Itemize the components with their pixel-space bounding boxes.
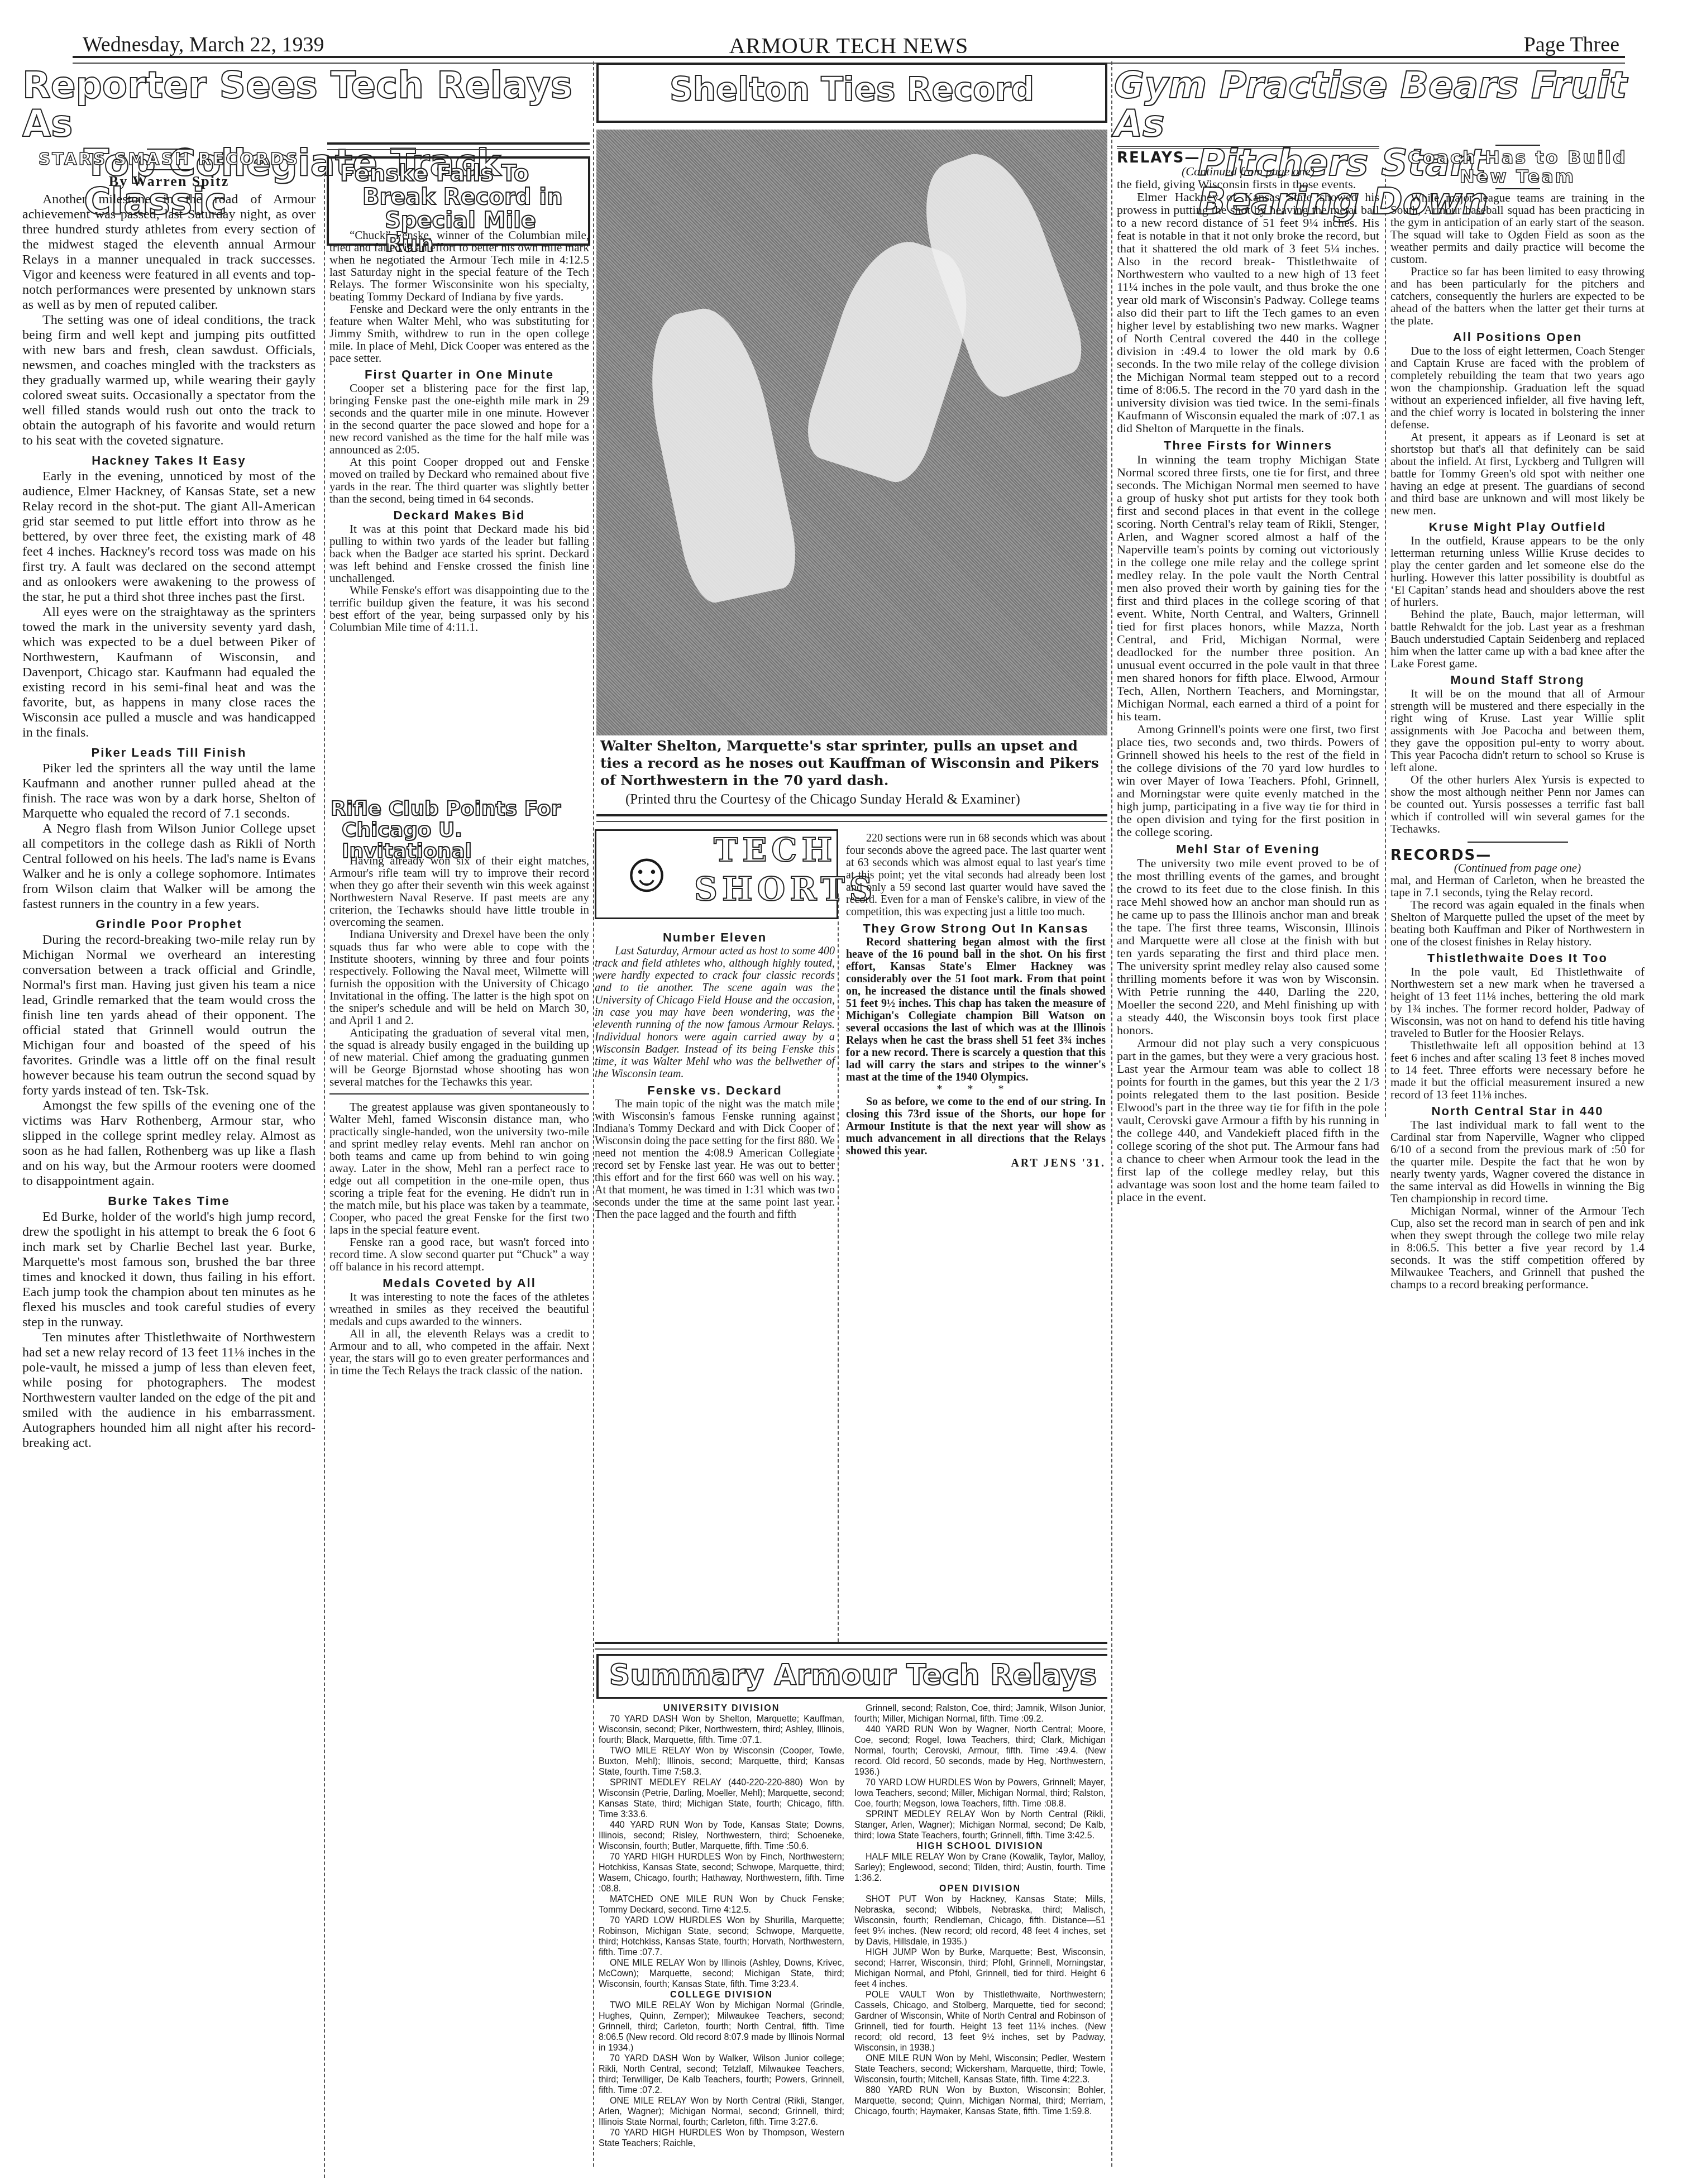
shelton-headline-box: Shelton Ties Record — [596, 63, 1107, 123]
summary-division-heading: HIGH SCHOOL DIVISION — [854, 1841, 1106, 1852]
paragraph: It was interesting to note the faces of … — [329, 1291, 589, 1327]
fenske-article: “Chuck” Fenske, winner of the Columbian … — [329, 229, 589, 633]
rule — [1468, 842, 1568, 843]
rule — [329, 1093, 589, 1095]
subheading: Medals Coveted by All — [329, 1277, 589, 1289]
summary-event-result: TWO MILE RELAY Won by Wisconsin (Cooper,… — [599, 1746, 844, 1777]
summary-event-result: 70 YARD DASH Won by Shelton, Marquette; … — [599, 1714, 844, 1746]
relays-continued: RELAYS— (Continued from page one) the fi… — [1117, 146, 1379, 1203]
coach-headline-line1: Coach Has to Build — [1390, 148, 1645, 167]
column-divider — [838, 893, 839, 1642]
paragraph: Record shattering began almost with the … — [846, 936, 1106, 1083]
summary-event-result: SHOT PUT Won by Hackney, Kansas State; M… — [854, 1894, 1106, 1947]
paragraph: Thistlethwaite left all opposition behin… — [1390, 1039, 1645, 1101]
column-divider — [324, 168, 325, 2178]
paragraph: mal, and Herman of Carleton, when he bre… — [1390, 874, 1645, 899]
paragraph: Due to the loss of eight lettermen, Coac… — [1390, 345, 1645, 431]
signature: ART JENS '31. — [846, 1157, 1106, 1169]
paragraph: A Negro flash from Wilson Junior College… — [22, 821, 316, 912]
subheading: Mound Staff Strong — [1390, 674, 1645, 686]
paragraph: Among Grinnell's points were one first, … — [1117, 723, 1379, 838]
summary-event-result: Grinnell, second; Ralston, Coe, third; J… — [854, 1703, 1106, 1724]
tech-shorts-right: 220 sections were run in 68 seconds whic… — [846, 832, 1106, 1169]
subheading: North Central Star in 440 — [1390, 1105, 1645, 1117]
tech-shorts-logo: ☺ TECH SHORTS — [595, 829, 838, 919]
paragraph: All eyes were on the straightaway as the… — [22, 605, 316, 740]
paragraph: Piker led the sprinters all the way unti… — [22, 761, 316, 821]
section-break: * * * — [846, 1083, 1106, 1096]
paragraph: Fenske and Deckard were the only entrant… — [329, 303, 589, 364]
subheading: First Quarter in One Minute — [329, 369, 589, 381]
paragraph: “Chuck” Fenske, winner of the Columbian … — [329, 229, 589, 303]
subheading: Piker Leads Till Finish — [22, 745, 316, 760]
paragraph: It will be on the mound that all of Armo… — [1390, 687, 1645, 773]
paragraph: At present, it appears as if Leonard is … — [1390, 431, 1645, 517]
paragraph: Michigan Normal, winner of the Armour Te… — [1390, 1205, 1645, 1291]
paragraph: While Fenske's effort was disappointing … — [329, 584, 589, 633]
paragraph: Cooper set a blistering pace for the fir… — [329, 382, 589, 456]
summary-event-result: 70 YARD LOW HURDLES Won by Shurilla, Mar… — [599, 1915, 844, 1958]
rule — [595, 1642, 1107, 1650]
coach-headline: Coach Has to Build New Team — [1390, 148, 1645, 186]
summary-event-result: POLE VAULT Won by Thistlethwaite, Northw… — [854, 1990, 1106, 2053]
byline: By Warren Spitz — [22, 174, 316, 189]
column-divider — [593, 61, 594, 2167]
continued-kicker: RECORDS— — [1390, 849, 1645, 862]
paragraph: the field, giving Wisconsin firsts in th… — [1117, 178, 1379, 190]
coach-article: Coach Has to Build New Team While major … — [1390, 142, 1645, 1291]
rule — [327, 142, 590, 150]
subheading: Hackney Takes It Easy — [22, 453, 316, 468]
rule — [1495, 188, 1540, 189]
tech-shorts-title-top: TECH — [714, 831, 837, 869]
subheading: Mehl Star of Evening — [1117, 843, 1379, 856]
paragraph: The university two mile event proved to … — [1117, 857, 1379, 1036]
summary-event-result: 70 YARD DASH Won by Walker, Wilson Junio… — [599, 2053, 844, 2096]
summary-division-heading: OPEN DIVISION — [854, 1884, 1106, 1894]
photo-credit: (Printed thru the Courtesy of the Chicag… — [625, 792, 1106, 807]
shelton-race-photo — [596, 130, 1107, 735]
subheading: Fenske vs. Deckard — [595, 1084, 835, 1097]
stars-article: STARS SMASH RECORDS By Warren Spitz Anot… — [22, 146, 316, 1451]
fenske-headline-line1: Fenske Fails To — [340, 162, 588, 185]
fenske-headline-line2: Break Record in — [340, 185, 588, 209]
paragraph: Indiana University and Drexel have been … — [329, 928, 589, 1026]
paragraph: 220 sections were run in 68 seconds whic… — [846, 832, 1106, 918]
rifle-headline: Rifle Club Points For Chicago U. Invitat… — [331, 799, 590, 862]
summary-event-result: ONE MILE RUN Won by Mehl, Wisconsin; Ped… — [854, 2053, 1106, 2085]
summary-right-column: Grinnell, second; Ralston, Coe, third; J… — [854, 1703, 1106, 2117]
issue-number: Number Eleven — [595, 931, 835, 944]
rifle-headline-line1: Rifle Club Points For — [331, 799, 590, 820]
gym-headline-line1: Gym Practise Bears Fruit As — [1114, 66, 1633, 144]
paragraph: So as before, we come to the end of our … — [846, 1096, 1106, 1157]
rule — [1495, 145, 1540, 146]
paragraph: Armour did not play such a very conspicu… — [1117, 1036, 1379, 1203]
subheading: Grindle Poor Prophet — [22, 916, 316, 931]
cartoon-mascot-icon: ☺ — [608, 837, 686, 909]
continued-note: (Continued from page one) — [1117, 165, 1379, 178]
summary-division-heading: UNIVERSITY DIVISION — [599, 1703, 844, 1714]
summary-event-result: ONE MILE RELAY Won by Illinois (Ashley, … — [599, 1958, 844, 1990]
coach-headline-line2: New Team — [1390, 167, 1645, 186]
column-divider — [1385, 168, 1386, 1117]
tech-shorts-left: Number Eleven Last Saturday, Armour acte… — [595, 927, 835, 1221]
summary-event-result: TWO MILE RELAY Won by Michigan Normal (G… — [599, 2000, 844, 2053]
photo-caption: Walter Shelton, Marquette's star sprinte… — [600, 737, 1106, 789]
summary-left-column: UNIVERSITY DIVISION70 YARD DASH Won by S… — [599, 1703, 844, 2149]
summary-event-result: MATCHED ONE MILE RUN Won by Chuck Fenske… — [599, 1894, 844, 1915]
summary-event-result: 880 YARD RUN Won by Buxton, Wisconsin; B… — [854, 2085, 1106, 2117]
sprinter-figure — [634, 300, 804, 607]
subheading: Burke Takes Time — [22, 1193, 316, 1208]
paragraph: Another milestone in the road of Armour … — [22, 192, 316, 313]
summary-event-result: ONE MILE RELAY Won by North Central (Rik… — [599, 2096, 844, 2128]
summary-event-result: 440 YARD RUN Won by Wagner, North Centra… — [854, 1724, 1106, 1777]
summary-headline: Summary Armour Tech Relays — [599, 1656, 1107, 1691]
paragraph: While major league teams are training in… — [1390, 192, 1645, 265]
paragraph: The greatest applause was given spontane… — [329, 1101, 589, 1236]
subheading: All Positions Open — [1390, 331, 1645, 343]
summary-event-result: 70 YARD LOW HURDLES Won by Powers, Grinn… — [854, 1777, 1106, 1809]
summary-division-heading: COLLEGE DIVISION — [599, 1990, 844, 2000]
summary-event-result: SPRINT MEDLEY RELAY (440-220-220-880) Wo… — [599, 1777, 844, 1820]
subheading: Deckard Makes Bid — [329, 509, 589, 522]
subheading: Kruse Might Play Outfield — [1390, 521, 1645, 533]
subheading: They Grow Strong Out In Kansas — [846, 923, 1106, 935]
paragraph: Early in the evening, unnoticed by most … — [22, 469, 316, 605]
paragraph: The record was again equaled in the fina… — [1390, 899, 1645, 948]
column-divider — [1111, 61, 1112, 2167]
rule — [596, 814, 1107, 822]
paragraph: The setting was one of ideal conditions,… — [22, 313, 316, 448]
main-headline-line1: Reporter Sees Tech Relays As — [22, 66, 592, 144]
rule — [147, 169, 192, 170]
subheading: Thistlethwaite Does It Too — [1390, 952, 1645, 964]
paragraph: In winning the team trophy Michigan Stat… — [1117, 453, 1379, 723]
paragraph: Ten minutes after Thistlethwaite of Nort… — [22, 1330, 316, 1451]
rifle-article: Having already won six of their eight ma… — [329, 854, 589, 1377]
summary-event-result: SPRINT MEDLEY RELAY Won by North Central… — [854, 1809, 1106, 1841]
paragraph: Practice so far has been limited to easy… — [1390, 265, 1645, 327]
paragraph: All in all, the eleventh Relays was a cr… — [329, 1327, 589, 1377]
paragraph: Having already won six of their eight ma… — [329, 854, 589, 928]
summary-event-result: HALF MILE RELAY Won by Crane (Kowalik, T… — [854, 1852, 1106, 1884]
paragraph: Anticipating the graduation of several v… — [329, 1026, 589, 1088]
paragraph: Fenske ran a good race, but wasn't force… — [329, 1236, 589, 1273]
paragraph: Elmer Hackney of Kansas State showed his… — [1117, 190, 1379, 434]
paragraph: Amongst the few spills of the evening on… — [22, 1098, 316, 1189]
summary-event-result: 440 YARD RUN Won by Tode, Kansas State; … — [599, 1820, 844, 1852]
paragraph: Last Saturday, Armour acted as host to s… — [595, 945, 835, 1080]
newspaper-title: ARMOUR TECH NEWS — [73, 32, 1625, 59]
paragraph: Of the other hurlers Alex Yursis is expe… — [1390, 773, 1645, 835]
paragraph: The last individual mark to fall went to… — [1390, 1119, 1645, 1205]
paragraph: During the record-breaking two-mile rela… — [22, 933, 316, 1098]
paragraph: The main topic of the night was the matc… — [595, 1098, 835, 1221]
continued-kicker: RELAYS— — [1117, 152, 1379, 165]
summary-event-result: 70 YARD HIGH HURDLES Won by Finch, North… — [599, 1852, 844, 1894]
paragraph: In the outfield, Krause appears to be th… — [1390, 534, 1645, 608]
paragraph: Behind the plate, Bauch, major letterman… — [1390, 608, 1645, 670]
paragraph: At this point Cooper dropped out and Fen… — [329, 456, 589, 505]
paragraph: In the pole vault, Ed Thistlethwaite of … — [1390, 966, 1645, 1039]
paragraph: Ed Burke, holder of the world's high jum… — [22, 1210, 316, 1330]
summary-event-result: HIGH JUMP Won by Burke, Marquette; Best,… — [854, 1947, 1106, 1990]
subheading: Three Firsts for Winners — [1117, 439, 1379, 452]
summary-event-result: 70 YARD HIGH HURDLES Won by Thompson, We… — [599, 2128, 844, 2149]
page-number: Page Three — [1524, 32, 1619, 57]
article-deck: STARS SMASH RECORDS — [22, 152, 316, 167]
paragraph: It was at this point that Deckard made h… — [329, 523, 589, 584]
shelton-headline: Shelton Ties Record — [599, 65, 1105, 107]
summary-headline-box: Summary Armour Tech Relays — [596, 1654, 1107, 1699]
